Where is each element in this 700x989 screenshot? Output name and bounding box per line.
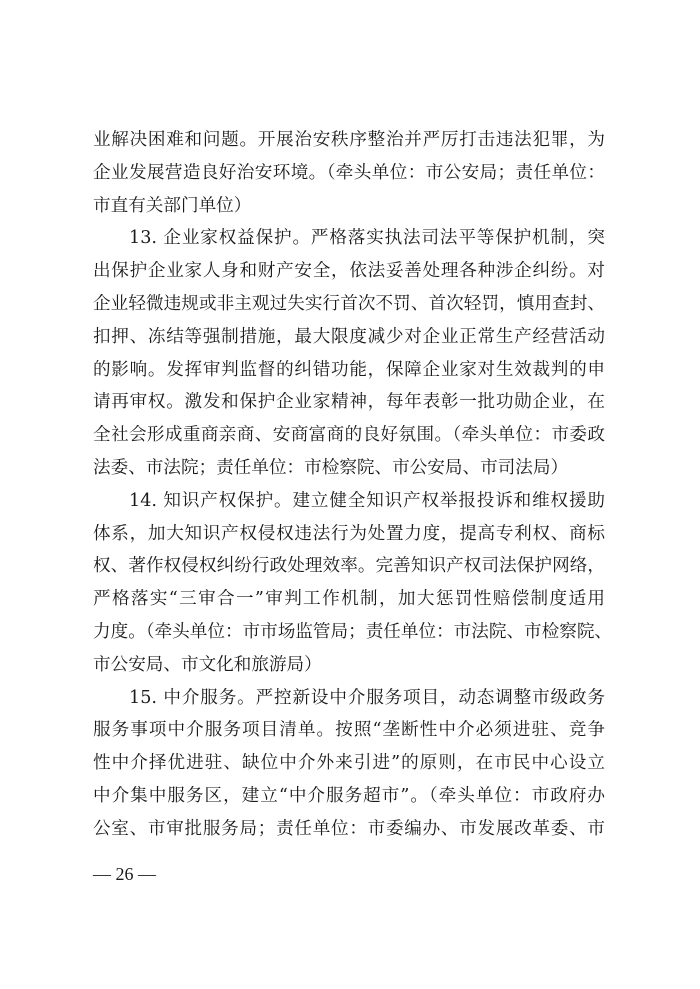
text-line: 公室、市审批服务局；责任单位：市委编办、市发展改革委、市 bbox=[93, 813, 605, 846]
text-line: 服务事项中介服务项目清单。按照“垄断性中介必须进驻、竞争 bbox=[93, 714, 605, 747]
text-line: 13. 企业家权益保护。严格落实执法司法平等保护机制，突 bbox=[93, 222, 605, 255]
text-line: 出保护企业家人身和财产安全，依法妥善处理各种涉企纠纷。对 bbox=[93, 255, 605, 288]
text-line: 市直有关部门单位） bbox=[93, 190, 605, 223]
text-line: 的影响。发挥审判监督的纠错功能，保障企业家对生效裁判的申 bbox=[93, 354, 605, 387]
text-line: 性中介择优进驻、缺位中介外来引进”的原则，在市民中心设立 bbox=[93, 747, 605, 780]
text-line: 中介集中服务区，建立“中介服务超市”。（牵头单位：市政府办 bbox=[93, 780, 605, 813]
paragraph-continuation: 业解决困难和问题。开展治安秩序整治并严厉打击违法犯罪，为 企业发展营造良好治安环… bbox=[93, 124, 605, 222]
text-line: 请再审权。激发和保护企业家精神，每年表彰一批功勋企业，在 bbox=[93, 386, 605, 419]
page-number: — 26 — bbox=[93, 864, 156, 885]
text-line: 企业轻微违规或非主观过失实行首次不罚、首次轻罚，慎用查封、 bbox=[93, 288, 605, 321]
text-line: 扣押、冻结等强制措施，最大限度减少对企业正常生产经营活动 bbox=[93, 321, 605, 354]
text-line: 法委、市法院；责任单位：市检察院、市公安局、市司法局） bbox=[93, 452, 605, 485]
text-line: 权、著作权侵权纠纷行政处理效率。完善知识产权司法保护网络， bbox=[93, 550, 605, 583]
document-body: 业解决困难和问题。开展治安秩序整治并严厉打击违法犯罪，为 企业发展营造良好治安环… bbox=[93, 124, 605, 846]
text-line: 14. 知识产权保护。建立健全知识产权举报投诉和维权援助 bbox=[93, 485, 605, 518]
text-line: 15. 中介服务。严控新设中介服务项目，动态调整市级政务 bbox=[93, 682, 605, 715]
paragraph-15-intermediary-services: 15. 中介服务。严控新设中介服务项目，动态调整市级政务 服务事项中介服务项目清… bbox=[93, 682, 605, 846]
paragraph-13-entrepreneur-rights: 13. 企业家权益保护。严格落实执法司法平等保护机制，突 出保护企业家人身和财产… bbox=[93, 222, 605, 484]
text-line: 市公安局、市文化和旅游局） bbox=[93, 649, 605, 682]
text-line: 全社会形成重商亲商、安商富商的良好氛围。（牵头单位：市委政 bbox=[93, 419, 605, 452]
text-line: 业解决困难和问题。开展治安秩序整治并严厉打击违法犯罪，为 bbox=[93, 124, 605, 157]
text-line: 体系，加大知识产权侵权违法行为处置力度，提高专利权、商标 bbox=[93, 518, 605, 551]
text-line: 力度。（牵头单位：市市场监管局；责任单位：市法院、市检察院、 bbox=[93, 616, 605, 649]
text-line: 企业发展营造良好治安环境。（牵头单位：市公安局；责任单位： bbox=[93, 157, 605, 190]
paragraph-14-ip-protection: 14. 知识产权保护。建立健全知识产权举报投诉和维权援助 体系，加大知识产权侵权… bbox=[93, 485, 605, 682]
text-line: 严格落实“三审合一”审判工作机制，加大惩罚性赔偿制度适用 bbox=[93, 583, 605, 616]
document-page: 业解决困难和问题。开展治安秩序整治并严厉打击违法犯罪，为 企业发展营造良好治安环… bbox=[0, 0, 700, 989]
